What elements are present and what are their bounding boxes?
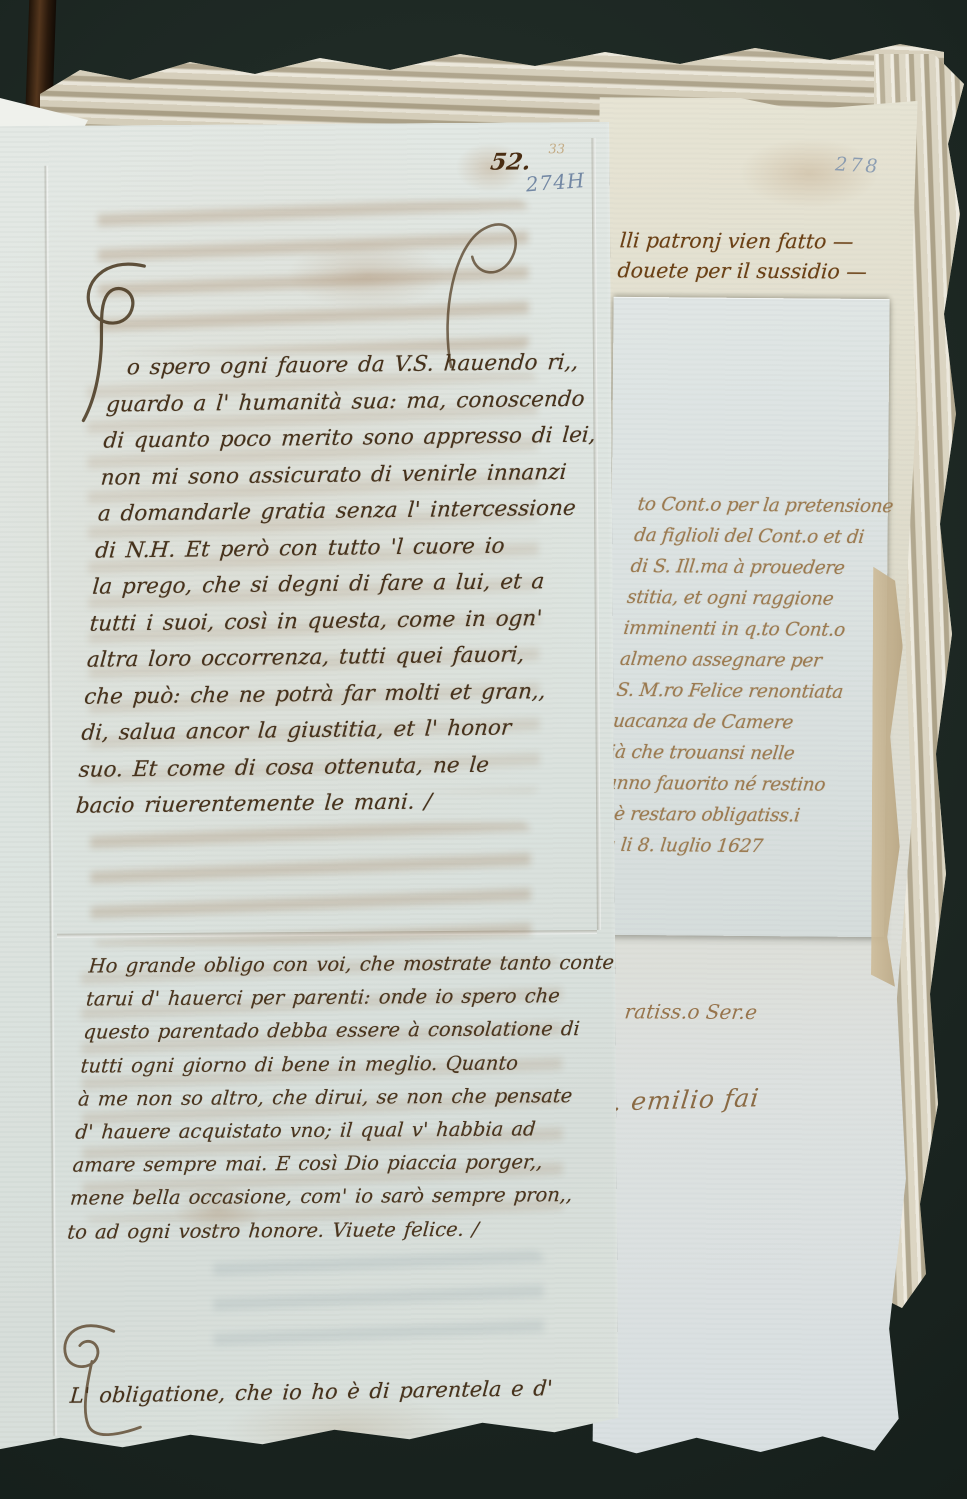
signature: S. emilio fai (594, 1083, 761, 1117)
torn-edge-strip (871, 567, 903, 987)
inserted-sheet-line: stitia, et ogni raggione (625, 582, 893, 615)
inserted-sheet-line: anno fauorito né restino (604, 768, 872, 801)
letter-line: tutti i suoi, così in questa, come in og… (88, 600, 561, 642)
letter-line: a domandarle gratia senza l' intercessio… (97, 491, 570, 533)
letter-line: tutti ogni giorno di bene in meglio. Qua… (79, 1046, 594, 1083)
letter-line: mene bella occasione, com' io sarò sempr… (69, 1178, 584, 1215)
inserted-sheet-line: ià che trouansi nelle (608, 737, 876, 770)
marginal-note-line: lli patronj vien fatto — (619, 225, 913, 257)
inserted-sheet: to Cont.o per la pretensione da figlioli… (608, 297, 890, 937)
inserted-sheet-line: da figlioli del Cont.o et di (632, 520, 900, 553)
inserted-sheet-line: S. M.ro Felice renontiata (615, 675, 883, 708)
inserted-sheet-line: imminenti in q.to Cont.o (622, 613, 890, 646)
letter-line: tarui d' hauerci per parenti: onde io sp… (85, 979, 600, 1016)
letter-line: amare sempre mai. E così Dio piaccia por… (71, 1145, 586, 1182)
letter-line: o spero ogni fauore da V.S. hauendo ri,, (108, 345, 581, 387)
letter-line: la prego, che si degni di fare a lui, et… (91, 564, 564, 606)
letter-line: che può: che ne potrà far molti et gran,… (83, 673, 556, 715)
ink-bleed-through (90, 822, 531, 945)
initial-flourish (58, 1321, 149, 1442)
corner-mark: 33 (548, 142, 565, 157)
letter-line: di quanto poco merito sono appresso di l… (102, 418, 575, 460)
inserted-sheet-line: almeno assegnare per (618, 644, 886, 677)
letter-1-text-block: o spero ogni fauore da V.S. hauendo ri,,… (75, 345, 581, 825)
letter-2-text-block: Ho grande obligo con voi, che mostrate t… (66, 946, 602, 1249)
letter-line: questo parentado debba essere à consolat… (82, 1012, 597, 1049)
ink-bleed-through (213, 1250, 544, 1352)
letter-line: di N.H. Et però con tutto 'l cuore io (94, 527, 567, 569)
sheet-edge-vertical (591, 138, 601, 930)
inserted-sheet-line: to Cont.o per la pretensione (636, 489, 904, 522)
folio-number-blue-pencil: 278 (835, 153, 881, 178)
marginal-note-line: douete per il sussidio — (617, 255, 911, 287)
marginal-note: lli patronj vien fatto — douete per il s… (617, 225, 914, 287)
letter-line: d' hauere acquistato vno; il qual v' hab… (74, 1112, 589, 1149)
manuscript-photo: 278 lli patronj vien fatto — douete per … (0, 0, 967, 1499)
right-page: 278 lli patronj vien fatto — douete per … (592, 97, 917, 1471)
letter-line: suo. Et come di cosa ottenuta, ne le (77, 747, 550, 789)
letter-line: bacio riuerentemente le mani. / (75, 783, 548, 825)
letter-line: à me non so altro, che dirui, se non che… (77, 1079, 592, 1116)
letter-line: Ho grande obligo con voi, che mostrate t… (87, 946, 602, 983)
fold-crease (44, 166, 58, 1436)
inserted-sheet-line: ia li 8. luglio 1627 (597, 830, 865, 863)
inserted-sheet-text: to Cont.o per la pretensione da figlioli… (597, 489, 903, 863)
letter-line: altra loro occorrenza, tutti quei fauori… (86, 637, 559, 679)
left-page: 52. 33 274H o spero ogni fauore da V.S. … (0, 122, 619, 1468)
letter-line: to ad ogni vostro honore. Viuete felice.… (66, 1212, 581, 1249)
letter-line: non mi sono assicurato di venirle innanz… (99, 454, 572, 496)
inserted-sheet-line: nè restaro obligatiss.i (601, 799, 869, 832)
folio-number-pencil: 274H (525, 168, 586, 197)
closing-fragment: ratiss.o Ser.e (623, 999, 758, 1024)
letter-line: guardo a l' humanità sua: ma, conoscendo (105, 381, 578, 423)
inserted-sheet-line: di S. Ill.ma à prouedere (629, 551, 897, 584)
inserted-sheet-line: uacanza de Camere (611, 706, 879, 739)
letter-line: di, salua ancor la giustitia, et l' hono… (80, 710, 553, 752)
